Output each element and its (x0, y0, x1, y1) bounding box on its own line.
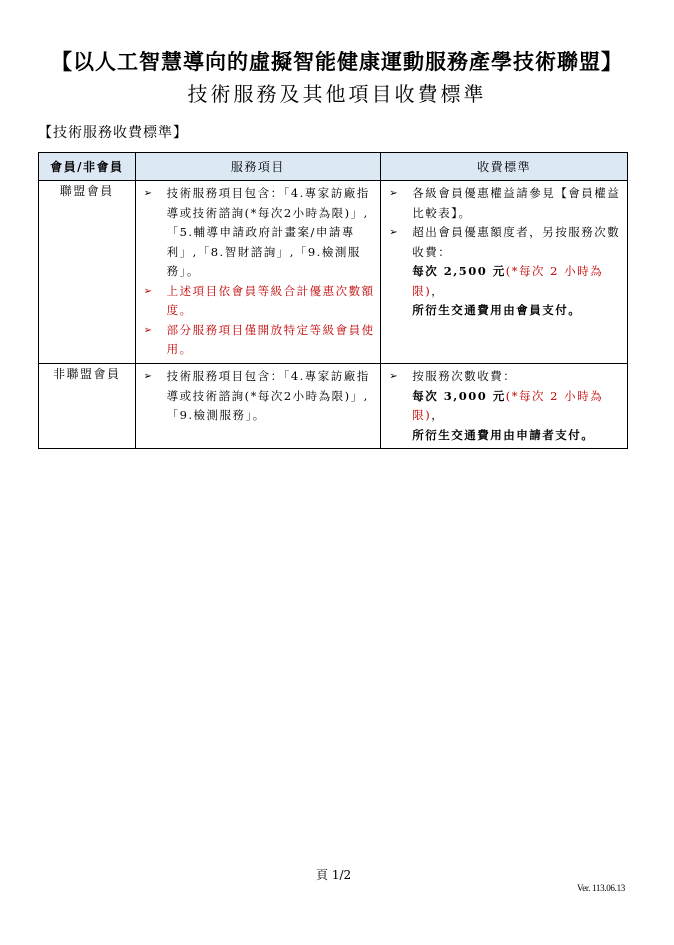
price-text: 每次 2,500 元 (412, 264, 506, 278)
arrow-bullet-icon: ➢ (144, 184, 154, 204)
arrow-bullet-icon: ➢ (389, 184, 399, 204)
arrow-bullet-icon: ➢ (144, 282, 154, 302)
version-label: Ver. 113.06.13 (577, 883, 625, 893)
header-fee-standard: 收費標準 (381, 153, 628, 181)
service-item: ➢ 上述項目依會員等級合計優惠次數額度。 (137, 282, 380, 321)
document-title: 【以人工智慧導向的虛擬智能健康運動服務產學技術聯盟】 (0, 46, 674, 76)
service-item: ➢ 技術服務項目包含：「4.專家訪廠指導或技術諮詢(*每次2小時為限)」,「9.… (137, 367, 380, 426)
member-type-cell: 聯盟會員 (39, 181, 136, 364)
fee-item: ➢ 各級會員優惠權益請參見【會員權益比較表】。 (382, 184, 626, 223)
fee-item: ➢ 超出會員優惠額度者，另按服務次數收費： 每次 2,500 元(*每次 2 小… (382, 223, 626, 321)
document-subtitle: 技術服務及其他項目收費標準 (0, 78, 674, 107)
table-header-row: 會員/非會員 服務項目 收費標準 (39, 153, 628, 181)
transport-note: 所衍生交通費用由申請者支付。 (412, 428, 594, 442)
service-item: ➢ 部分服務項目僅開放特定等級會員使用。 (137, 321, 380, 360)
fee-item: ➢ 按服務次數收費： 每次 3,000 元(*每次 2 小時為限)， 所衍生交通… (382, 367, 626, 445)
header-member-type: 會員/非會員 (39, 153, 136, 181)
fee-standard-cell: ➢ 各級會員優惠權益請參見【會員權益比較表】。 ➢ 超出會員優惠額度者，另按服務… (381, 181, 628, 364)
header-service-items: 服務項目 (135, 153, 381, 181)
service-items-cell: ➢ 技術服務項目包含：「4.專家訪廠指導或技術諮詢(*每次2小時為限)」,「9.… (135, 364, 381, 449)
arrow-bullet-icon: ➢ (144, 367, 154, 387)
service-items-cell: ➢ 技術服務項目包含：「4.專家訪廠指導或技術諮詢(*每次2小時為限)」,「5.… (135, 181, 381, 364)
service-item: ➢ 技術服務項目包含：「4.專家訪廠指導或技術諮詢(*每次2小時為限)」,「5.… (137, 184, 380, 282)
table-row-non-member: 非聯盟會員 ➢ 技術服務項目包含：「4.專家訪廠指導或技術諮詢(*每次2小時為限… (39, 364, 628, 449)
transport-note: 所衍生交通費用由會員支付。 (412, 303, 581, 317)
page-number: 頁 1/2 (316, 866, 351, 883)
arrow-bullet-icon: ➢ (144, 321, 154, 341)
fee-table: 會員/非會員 服務項目 收費標準 聯盟會員 ➢ 技術服務項目包含：「4.專家訪廠… (38, 152, 628, 449)
table-row-member: 聯盟會員 ➢ 技術服務項目包含：「4.專家訪廠指導或技術諮詢(*每次2小時為限)… (39, 181, 628, 364)
member-type-cell: 非聯盟會員 (39, 364, 136, 449)
arrow-bullet-icon: ➢ (389, 367, 399, 387)
price-text: 每次 3,000 元 (412, 389, 506, 403)
section-heading: 【技術服務收費標準】 (38, 122, 188, 142)
fee-standard-cell: ➢ 按服務次數收費： 每次 3,000 元(*每次 2 小時為限)， 所衍生交通… (381, 364, 628, 449)
arrow-bullet-icon: ➢ (389, 223, 399, 243)
